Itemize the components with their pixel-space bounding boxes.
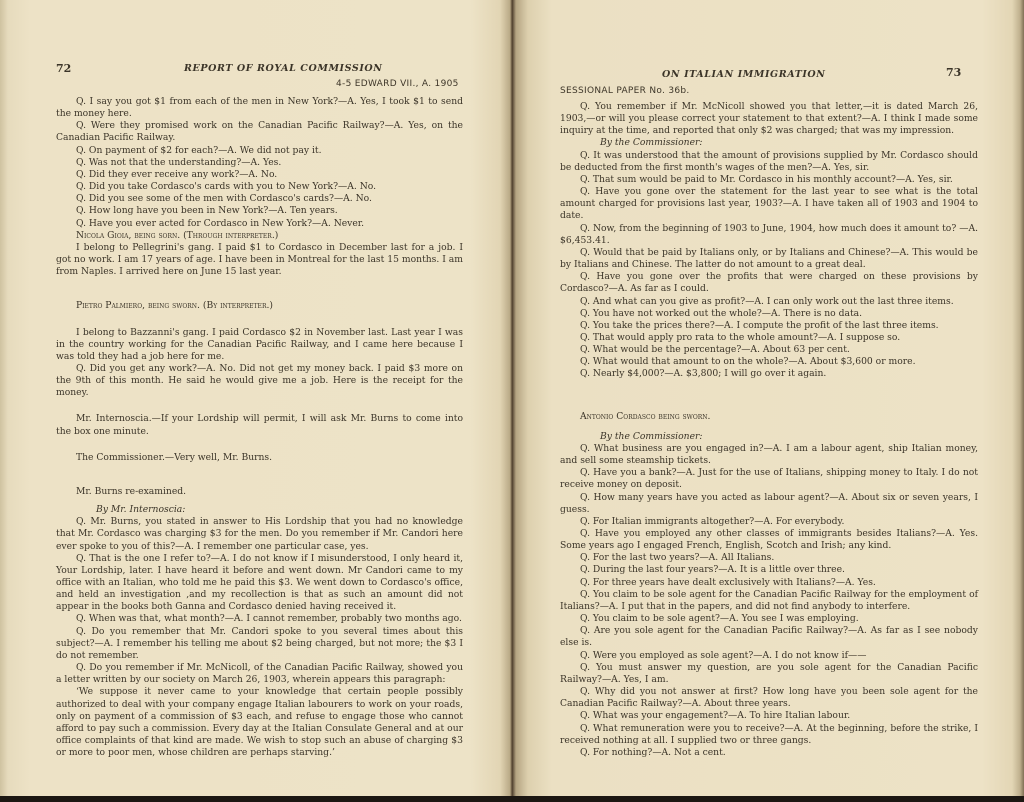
paragraph: Q. It was understood that the amount of … [560, 150, 978, 174]
paragraph: Q. For Italian immigrants altogether?—A.… [560, 516, 978, 528]
paragraph: Q. What remuneration were you to receive… [560, 723, 978, 747]
page-number: 73 [946, 66, 961, 79]
paragraph: Q. Nearly $4,000?—A. $3,800; I will go o… [560, 368, 978, 380]
paragraph: Q. Are you sole agent for the Canadian P… [560, 625, 978, 649]
paragraph: Q. When was that, what month?—A. I canno… [56, 613, 463, 625]
paragraph: Q. Have you gone over the profits that w… [560, 271, 978, 295]
paragraph: Q. How many years have you acted as labo… [560, 492, 978, 516]
running-head: ON ITALIAN IMMIGRATION [662, 69, 826, 80]
paragraph: Q. For three years have dealt exclusivel… [560, 577, 978, 589]
paragraph: Q. You take the prices there?—A. I compu… [560, 320, 978, 332]
running-head: REPORT OF ROYAL COMMISSION [184, 63, 383, 74]
paragraph: Q. Do you remember that Mr. Candori spok… [56, 626, 463, 662]
paragraph: Q. Was not that the understanding?—A. Ye… [56, 157, 463, 169]
right-page-body: Q. You remember if Mr. McNicoll showed y… [560, 101, 978, 759]
paragraph: Q. You have not worked out the whole?—A.… [560, 308, 978, 320]
witness-sworn: Antonio Cordasco being sworn. [560, 411, 978, 423]
paragraph: Q. Have you a bank?—A. Just for the use … [560, 467, 978, 491]
paragraph: Q. Were you employed as sole agent?—A. I… [560, 650, 978, 662]
quoted-letter: ‘We suppose it never came to your knowle… [56, 686, 463, 759]
page-number: 72 [56, 62, 71, 75]
paragraph: I belong to Pellegrini's gang. I paid $1… [56, 242, 463, 278]
paragraph: Mr. Internoscia.—If your Lordship will p… [56, 413, 463, 437]
paragraph: Q. That would apply pro rata to the whol… [560, 332, 978, 344]
paragraph: Q. Have you gone over the statement for … [560, 186, 978, 222]
paragraph: The Commissioner.—Very well, Mr. Burns. [56, 452, 463, 464]
witness-sworn: Nicola Gioia, being sorn. (Through inter… [56, 230, 463, 242]
session-note: SESSIONAL PAPER No. 36b. [560, 86, 690, 96]
paragraph: Q. How long have you been in New York?—A… [56, 205, 463, 217]
paragraph: Q. Did you get any work?—A. No. Did not … [56, 363, 463, 399]
paragraph: Q. That sum would be paid to Mr. Cordasc… [560, 174, 978, 186]
paragraph: Q. And what can you give as profit?—A. I… [560, 296, 978, 308]
paragraph: Q. Did you see some of the men with Cord… [56, 193, 463, 205]
paragraph: Q. Have you employed any other classes o… [560, 528, 978, 552]
paragraph: Q. On payment of $2 for each?—A. We did … [56, 145, 463, 157]
paragraph: Q. Mr. Burns, you stated in answer to Hi… [56, 516, 463, 552]
paragraph: Q. I say you got $1 from each of the men… [56, 96, 463, 120]
right-page: ON ITALIAN IMMIGRATION 73 SESSIONAL PAPE… [512, 0, 1024, 796]
paragraph: Q. You must answer my question, are you … [560, 662, 978, 686]
examiner-heading: By the Commissioner: [560, 137, 978, 149]
paragraph: Q. What would that amount to on the whol… [560, 356, 978, 368]
paragraph: Q. Now, from the beginning of 1903 to Ju… [560, 223, 978, 247]
paragraph: Q. What business are you engaged in?—A. … [560, 443, 978, 467]
book-spread: 72 REPORT OF ROYAL COMMISSION 4-5 EDWARD… [0, 0, 1024, 796]
paragraph: Q. What would be the percentage?—A. Abou… [560, 344, 978, 356]
paragraph: Q. You remember if Mr. McNicoll showed y… [560, 101, 978, 137]
paragraph: Q. That is the one I refer to?—A. I do n… [56, 553, 463, 614]
paragraph: Q. Were they promised work on the Canadi… [56, 120, 463, 144]
paragraph: Q. You claim to be sole agent?—A. You se… [560, 613, 978, 625]
paragraph: Q. Have you ever acted for Cordasco in N… [56, 218, 463, 230]
witness-sworn: Pietro Palmiero, being sworn. (By interp… [56, 300, 463, 312]
paragraph: Q. Did you take Cordasco's cards with yo… [56, 181, 463, 193]
section-heading: Mr. Burns re-examined. [56, 486, 463, 498]
paragraph: Q. For the last two years?—A. All Italia… [560, 552, 978, 564]
volume-note: 4-5 EDWARD VII., A. 1905 [336, 79, 459, 89]
paragraph: Q. You claim to be sole agent for the Ca… [560, 589, 978, 613]
left-page-body: Q. I say you got $1 from each of the men… [56, 96, 463, 759]
paragraph: Q. During the last four years?—A. It is … [560, 564, 978, 576]
paragraph: Q. Would that be paid by Italians only, … [560, 247, 978, 271]
examiner-heading: By the Commissioner: [560, 431, 978, 443]
paragraph: Q. What was your engagement?—A. To hire … [560, 710, 978, 722]
paragraph: Q. Do you remember if Mr. McNicoll, of t… [56, 662, 463, 686]
paragraph: Q. For nothing?—A. Not a cent. [560, 747, 978, 759]
examiner-heading: By Mr. Internoscia: [56, 504, 463, 516]
paragraph: Q. Why did you not answer at first? How … [560, 686, 978, 710]
book-bottom-edge [0, 796, 1024, 802]
left-page: 72 REPORT OF ROYAL COMMISSION 4-5 EDWARD… [0, 0, 512, 796]
paragraph: Q. Did they ever receive any work?—A. No… [56, 169, 463, 181]
paragraph: I belong to Bazzanni's gang. I paid Cord… [56, 327, 463, 363]
